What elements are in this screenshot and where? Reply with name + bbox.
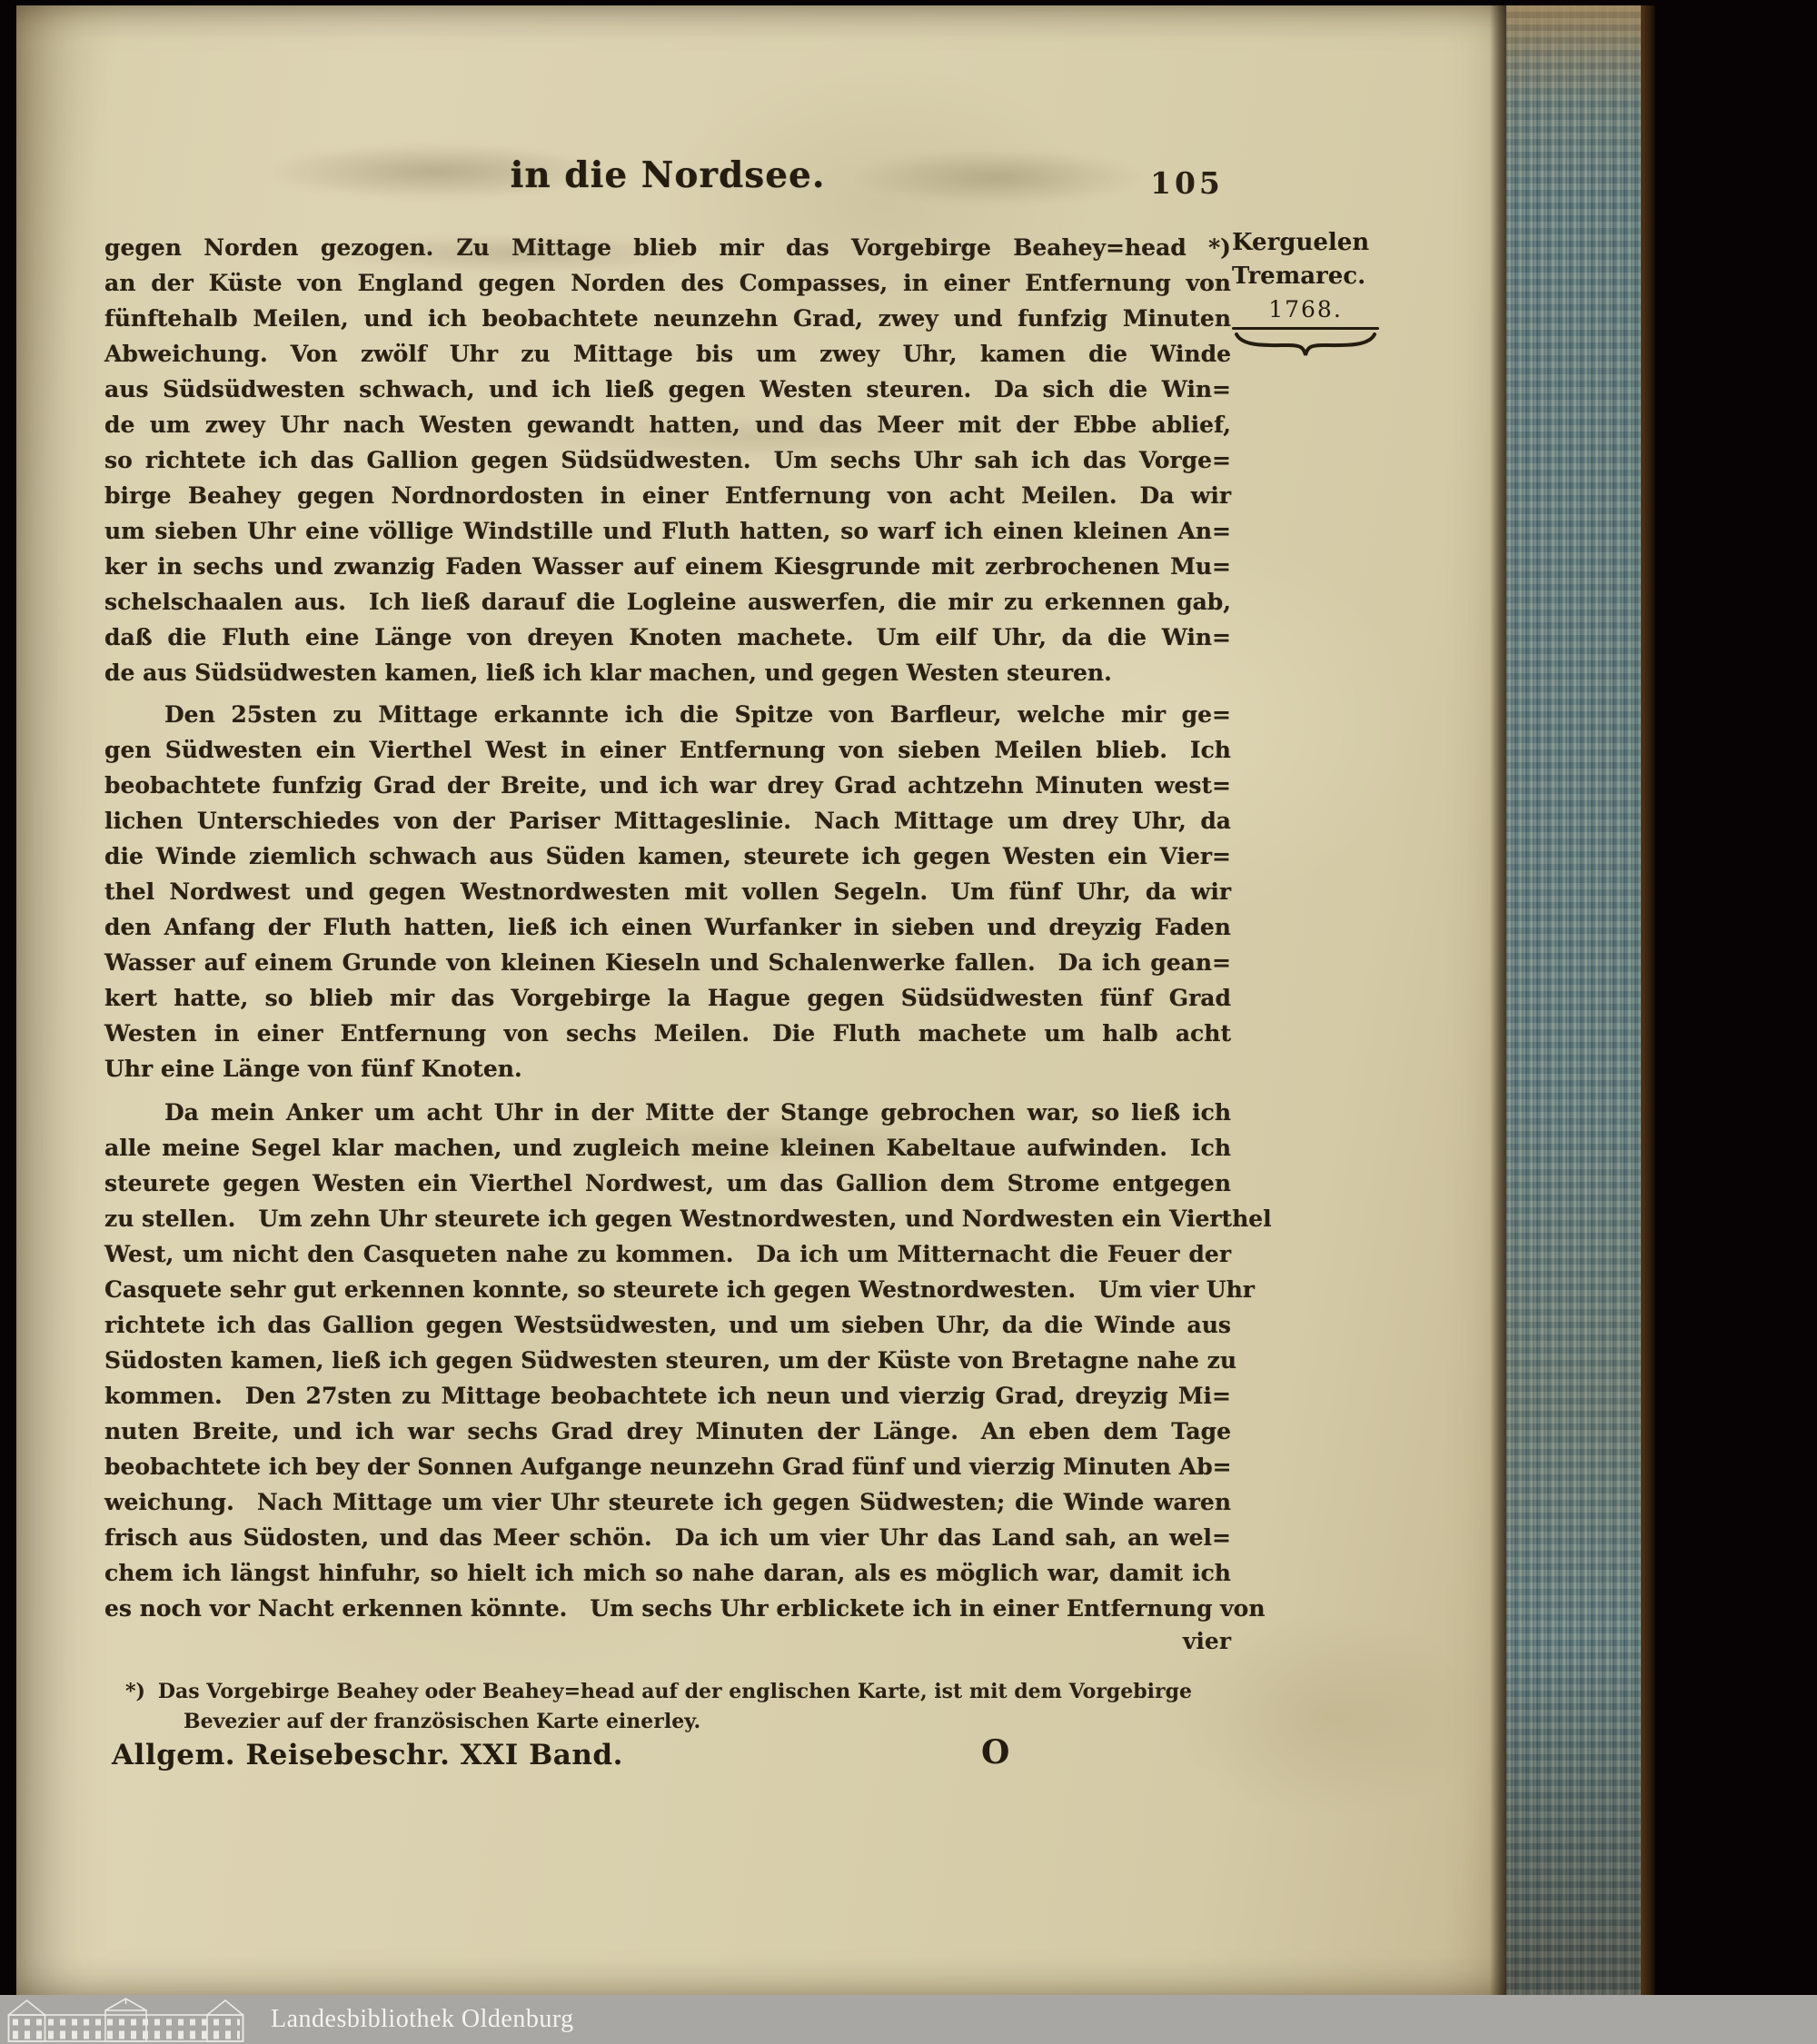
margin-note-brace-icon — [1232, 332, 1379, 357]
text-line: den Anfang der Fluth hatten, ließ ich ei… — [104, 909, 1231, 945]
book-page: in die Nordsee. 105 KerguelenTremarec.17… — [16, 5, 1506, 1995]
text-line: frisch aus Südosten, und das Meer schön.… — [104, 1520, 1231, 1555]
library-bar: Landesbibliothek Oldenburg — [0, 1995, 1817, 2044]
text-line: de aus Südsüdwesten kamen, ließ ich klar… — [104, 655, 1231, 690]
text-line: kert hatte, so blieb mir das Vorgebirge … — [104, 980, 1231, 1016]
text-line: steurete gegen Westen ein Vierthel Nordw… — [104, 1166, 1231, 1201]
text-line: alle meine Segel klar machen, und zuglei… — [104, 1130, 1231, 1166]
text-line: thel Nordwest und gegen Westnordwesten m… — [104, 874, 1231, 909]
text-line: Da mein Anker um acht Uhr in der Mitte d… — [104, 1095, 1231, 1130]
footnote-line: Bevezier auf der französischen Karte ein… — [125, 1707, 1247, 1737]
volume-footer: Allgem. Reisebeschr. XXI Band. — [112, 1739, 623, 1771]
running-header: in die Nordsee. — [104, 154, 1231, 196]
footnote-line: *)Das Vorgebirge Beahey oder Beahey=head… — [125, 1677, 1247, 1707]
text-line: zu stellen. Um zehn Uhr steurete ich geg… — [104, 1201, 1231, 1236]
text-line: beobachtete ich bey der Sonnen Aufgange … — [104, 1449, 1231, 1484]
text-line: lichen Unterschiedes von der Pariser Mit… — [104, 803, 1231, 838]
paragraph-2: Den 25sten zu Mittage erkannte ich die S… — [104, 697, 1231, 1086]
text-line: fünftehalb Meilen, und ich beobachtete n… — [104, 301, 1231, 336]
text-line: die Winde ziemlich schwach aus Süden kam… — [104, 838, 1231, 874]
text-line: daß die Fluth eine Länge von dreyen Knot… — [104, 620, 1231, 655]
text-line: Den 25sten zu Mittage erkannte ich die S… — [104, 697, 1231, 732]
footnote: *)Das Vorgebirge Beahey oder Beahey=head… — [125, 1677, 1247, 1737]
text-line: Casquete sehr gut erkennen konnte, so st… — [104, 1272, 1231, 1307]
text-line: richtete ich das Gallion gegen Westsüdwe… — [104, 1307, 1231, 1343]
text-line: beobachtete funfzig Grad der Breite, und… — [104, 768, 1231, 803]
text-line: weichung. Nach Mittage um vier Uhr steur… — [104, 1484, 1231, 1520]
text-line: aus Südsüdwesten schwach, und ich ließ g… — [104, 372, 1231, 407]
library-label: Landesbibliothek Oldenburg — [271, 2005, 574, 2034]
library-building-icon — [7, 1997, 245, 2042]
footnote-text: Das Vorgebirge Beahey oder Beahey=head a… — [158, 1680, 1192, 1703]
margin-note-rule — [1232, 327, 1379, 330]
signature-mark: O — [981, 1733, 1009, 1771]
paragraph-3: Da mein Anker um acht Uhr in der Mitte d… — [104, 1095, 1231, 1626]
text-line: Abweichung. Von zwölf Uhr zu Mittage bis… — [104, 336, 1231, 372]
text-line: de um zwey Uhr nach Westen gewandt hatte… — [104, 407, 1231, 442]
text-line: 1768. — [1232, 293, 1379, 326]
text-line: gegen Norden gezogen. Zu Mittage blieb m… — [104, 230, 1231, 265]
text-line: Wasser auf einem Grunde von kleinen Kies… — [104, 945, 1231, 980]
text-line: schelschaalen aus. Ich ließ darauf die L… — [104, 584, 1231, 620]
text-line: Uhr eine Länge von fünf Knoten. — [104, 1051, 1231, 1086]
margin-note: KerguelenTremarec.1768. — [1232, 226, 1379, 357]
text-line: nuten Breite, und ich war sechs Grad dre… — [104, 1414, 1231, 1449]
book-fore-edge — [1506, 5, 1641, 1995]
footnote-marker: *) — [125, 1680, 158, 1703]
page-number: 105 — [1150, 165, 1224, 201]
text-line: birge Beahey gegen Nordnordosten in eine… — [104, 478, 1231, 513]
paragraph-1: gegen Norden gezogen. Zu Mittage blieb m… — [104, 230, 1231, 690]
text-line: chem ich längst hinfuhr, so hielt ich mi… — [104, 1555, 1231, 1591]
text-line: um sieben Uhr eine völlige Windstille un… — [104, 513, 1231, 549]
text-line: es noch vor Nacht erkennen könnte. Um se… — [104, 1591, 1231, 1626]
margin-note-lines: KerguelenTremarec.1768. — [1232, 226, 1379, 326]
book-cover-edge — [1641, 5, 1655, 1995]
catchword: vier — [104, 1628, 1231, 1654]
text-line: gen Südwesten ein Vierthel West in einer… — [104, 732, 1231, 768]
text-line: Südosten kamen, ließ ich gegen Südwesten… — [104, 1343, 1231, 1378]
text-line: Tremarec. — [1232, 260, 1379, 293]
text-line: West, um nicht den Casqueten nahe zu kom… — [104, 1236, 1231, 1272]
page-edge-shadow — [1490, 5, 1506, 1995]
text-line: ker in sechs und zwanzig Faden Wasser au… — [104, 549, 1231, 584]
text-line: Kerguelen — [1232, 226, 1379, 260]
scanned-book-photo: in die Nordsee. 105 KerguelenTremarec.17… — [0, 0, 1817, 2044]
text-line: Westen in einer Entfernung von sechs Mei… — [104, 1016, 1231, 1051]
text-line: an der Küste von England gegen Norden de… — [104, 265, 1231, 301]
text-line: kommen. Den 27sten zu Mittage beobachtet… — [104, 1378, 1231, 1414]
text-line: so richtete ich das Gallion gegen Südsüd… — [104, 442, 1231, 478]
